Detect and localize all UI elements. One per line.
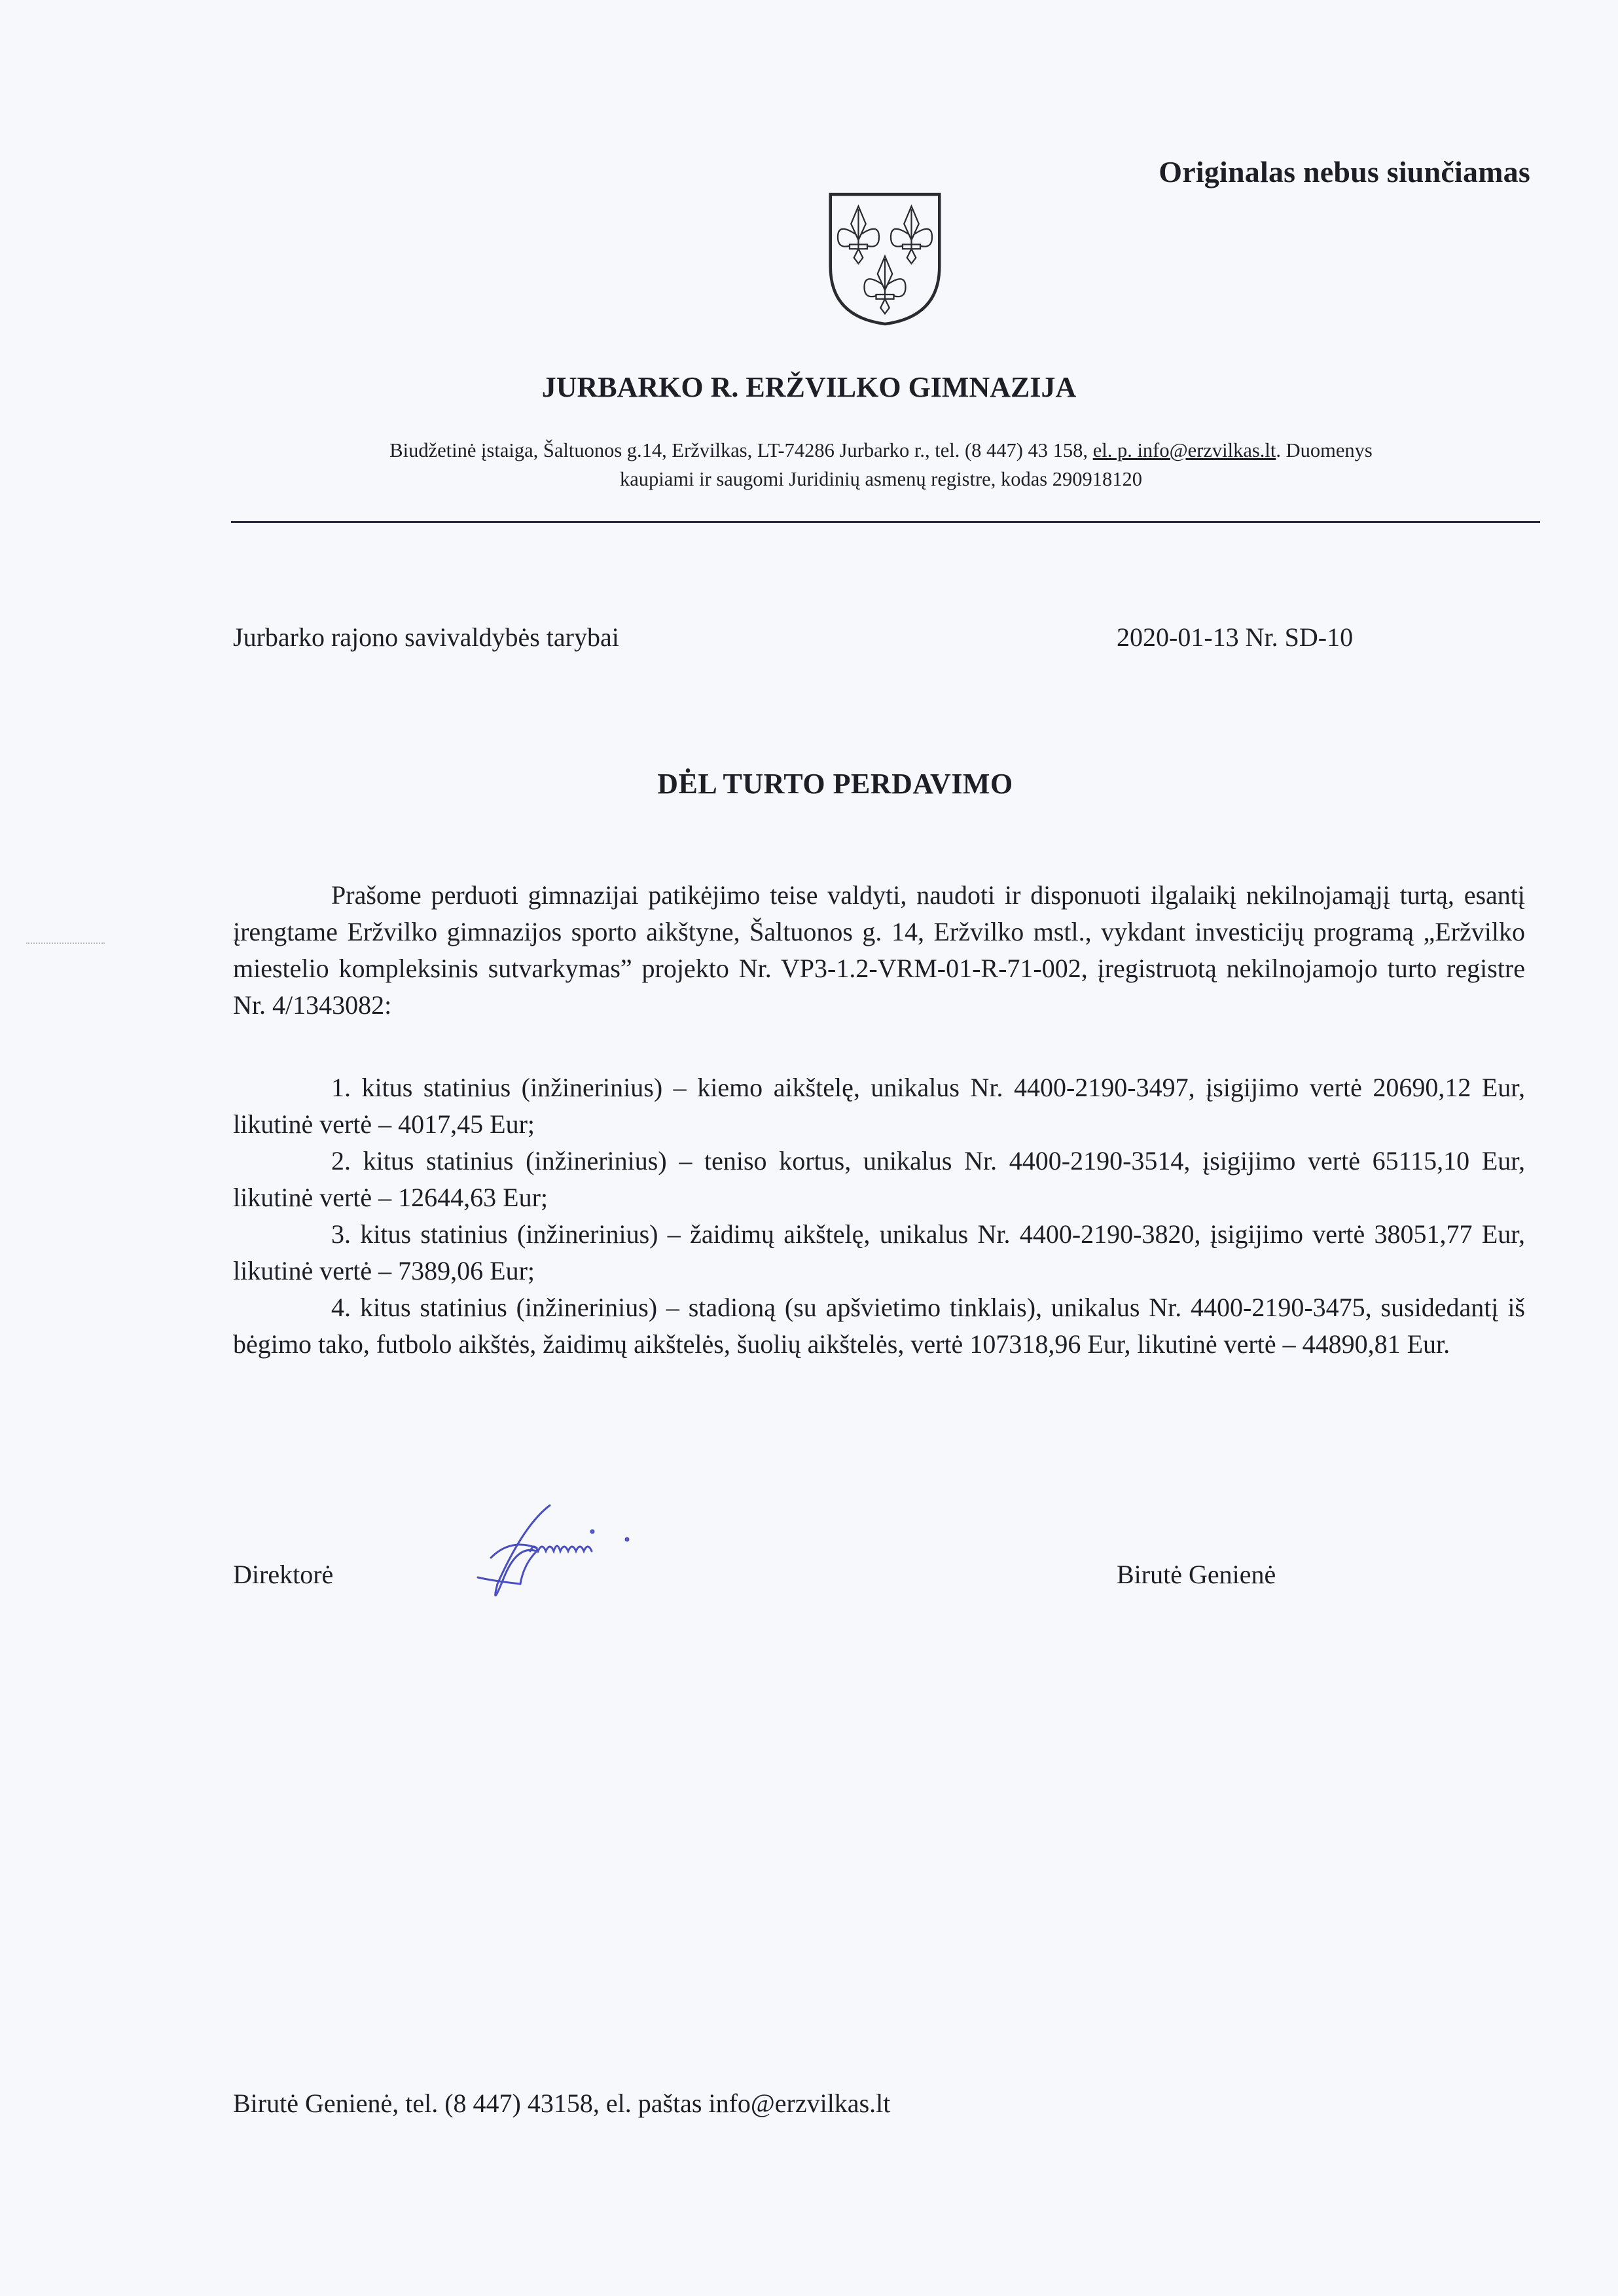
list-item: 4. kitus statinius (inžinerinius) – stad…: [233, 1289, 1525, 1363]
stamp-note: Originalas nebus siunčiamas: [1159, 154, 1530, 189]
document-date-number: 2020-01-13 Nr. SD-10: [1117, 622, 1353, 653]
header-divider: [231, 521, 1540, 523]
list-item: 2. kitus statinius (inžinerinius) – teni…: [233, 1143, 1525, 1216]
org-info-text-end: . Duomenys: [1276, 439, 1372, 461]
intro-paragraph: Prašome perduoti gimnazijai patikėjimo t…: [233, 877, 1525, 1024]
organization-name: JURBARKO R. ERŽVILKO GIMNAZIJA: [0, 370, 1618, 404]
scan-margin-mark: [26, 942, 105, 945]
handwritten-signature: [452, 1499, 713, 1617]
asset-list: 1. kitus statinius (inžinerinius) – kiem…: [233, 1069, 1525, 1363]
organization-info: Biudžetinė įstaiga, Šaltuonos g.14, Eržv…: [229, 436, 1533, 493]
contact-footer: Birutė Genienė, tel. (8 447) 43158, el. …: [233, 2088, 890, 2119]
signatory-name: Birutė Genienė: [1117, 1559, 1276, 1590]
coat-of-arms-icon: [826, 190, 944, 329]
document-title: DĖL TURTO PERDAVIMO: [0, 767, 1618, 800]
list-item: 1. kitus statinius (inžinerinius) – kiem…: [233, 1069, 1525, 1143]
org-info-text: Biudžetinė įstaiga, Šaltuonos g.14, Eržv…: [389, 439, 1092, 461]
recipient: Jurbarko rajono savivaldybės tarybai: [233, 622, 619, 653]
list-item: 3. kitus statinius (inžinerinius) – žaid…: [233, 1216, 1525, 1289]
org-registry-info: kaupiami ir saugomi Juridinių asmenų reg…: [620, 468, 1142, 490]
intro-text: Prašome perduoti gimnazijai patikėjimo t…: [233, 877, 1525, 1024]
signatory-role: Direktorė: [233, 1559, 333, 1590]
org-email-link[interactable]: el. p. info@erzvilkas.lt: [1093, 439, 1276, 461]
